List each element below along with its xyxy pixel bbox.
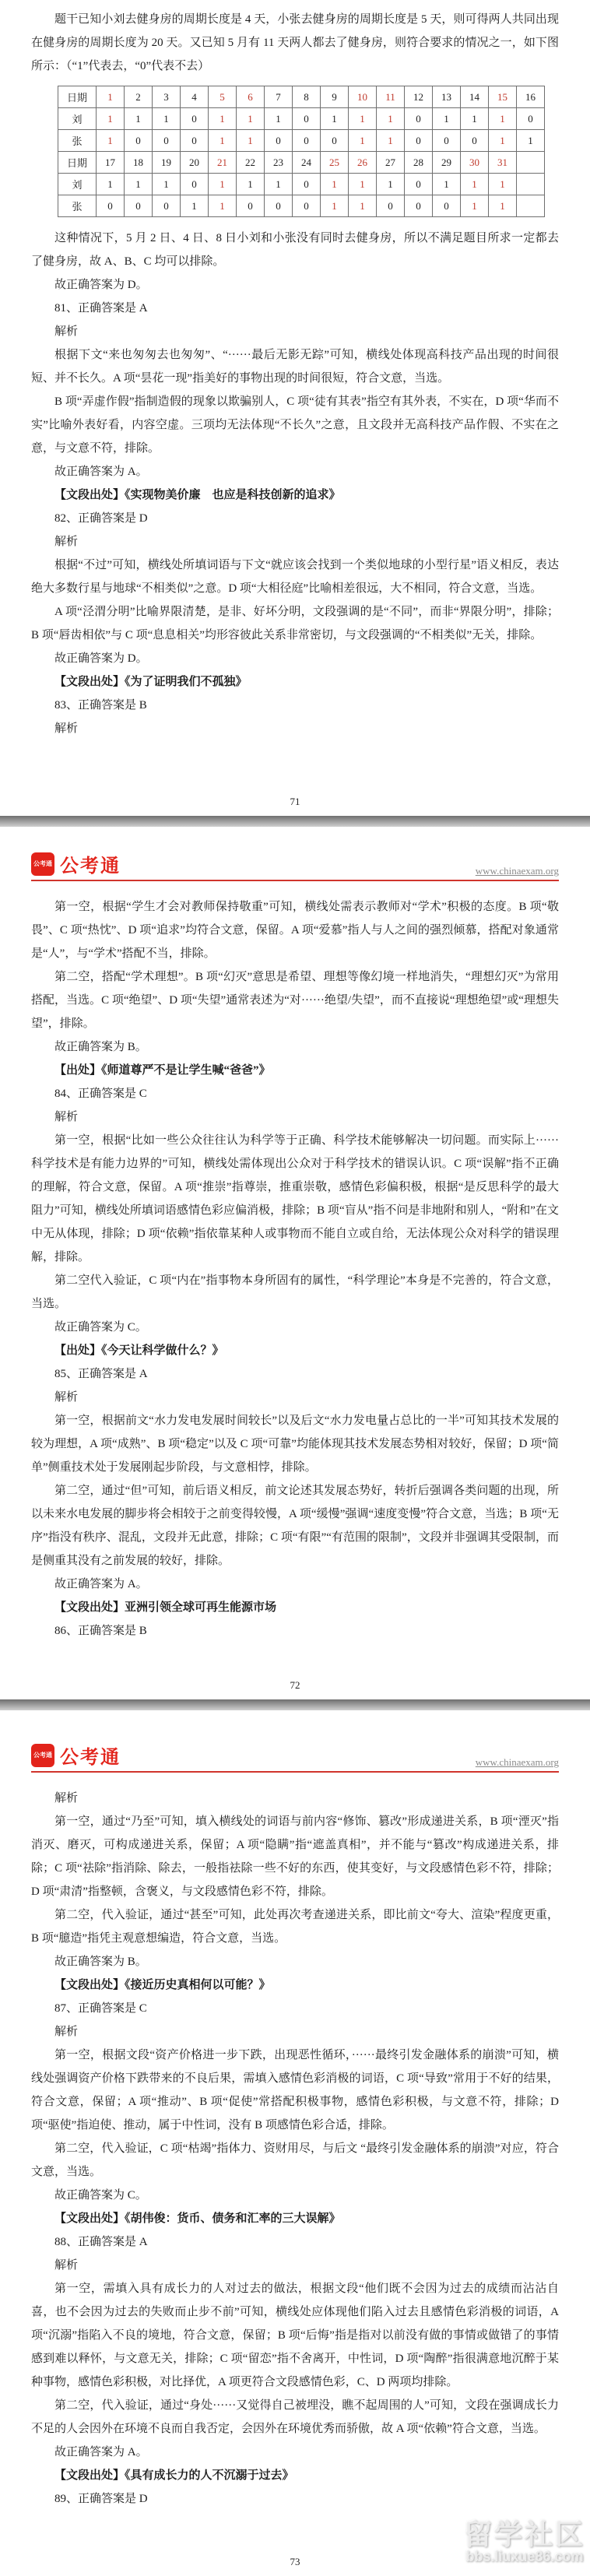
table-cell: 0 [405,108,433,130]
table-cell: 1 [237,108,265,130]
table-row: 刘1110111011101110 [58,108,545,130]
paragraph: 【出处】《今天让科学做什么？》 [31,1339,559,1362]
table-cell: 10 [349,86,377,108]
table-cell: 16 [517,86,545,108]
table-cell: 0 [181,174,209,195]
table-row: 日期171819202122232425262728293031 [58,152,545,174]
brand-title: 公考通 [60,1741,121,1769]
document-page-73: 公考通 公考通 www.chinaexam.org 解析第一空，通过“乃至”可知… [0,1710,590,2576]
table-cell: 0 [97,195,125,217]
header-rule [31,1771,559,1773]
paragraph: 【文段出处】亚洲引领全球可再生能源市场 [31,1596,559,1619]
table-cell: 0 [153,195,181,217]
document-page-71: 题干已知小刘去健身房的周期长度是 4 天，小张去健身房的周期长度是 5 天，则可… [0,0,590,816]
paragraph: 故正确答案为 C。 [31,2184,559,2207]
table-cell: 8 [293,86,321,108]
paragraph: 第一空，通过“乃至”可知，填入横线处的词语与前内容“修饰、篡改”形成递进关系，B… [31,1810,559,1903]
table-cell: 1 [97,108,125,130]
table-cell: 4 [181,86,209,108]
paragraph: 故正确答案为 A。 [31,460,559,483]
paragraph: 根据下文“来也匆匆去也匆匆”、“······最后无影无踪”可知，横线处体现高科技… [31,343,559,390]
header-rule [31,880,559,881]
table-cell: 25 [321,152,349,174]
table-cell: 1 [321,108,349,130]
table-cell: 26 [349,152,377,174]
row-label: 刘 [58,108,97,130]
paragraph: 第一空，根据“学生才会对教师保持敬重”可知，横线处需表示教师对“学术”积极的态度… [31,895,559,965]
table-cell: 3 [153,86,181,108]
table-cell: 0 [293,130,321,152]
table-cell: 5 [209,86,237,108]
brand-title: 公考通 [60,850,121,877]
header-url-link[interactable]: www.chinaexam.org [476,865,559,877]
paragraph: 故正确答案为 B。 [31,1950,559,1973]
header-url-link[interactable]: www.chinaexam.org [476,1756,559,1769]
table-cell: 0 [405,130,433,152]
table-cell: 1 [265,174,293,195]
table-cell: 0 [405,195,433,217]
paragraph: 故正确答案为 D。 [31,273,559,297]
table-cell: 27 [377,152,405,174]
paragraph: 解析 [31,1105,559,1129]
table-cell: 2 [125,86,153,108]
table-cell: 23 [265,152,293,174]
table-cell: 1 [489,195,517,217]
paragraph: 【出处】《师道尊严不是让学生喊“爸爸”》 [31,1059,559,1082]
paragraph: 故正确答案为 A。 [31,2441,559,2464]
table-cell: 0 [265,195,293,217]
paragraph: A 项“泾渭分明”比喻界限清楚，是非、好坏分明，文段强调的是“不同”，而非“界限… [31,600,559,647]
table-cell: 0 [405,174,433,195]
table-cell: 0 [125,195,153,217]
table-cell: 1 [125,108,153,130]
table-cell: 1 [461,108,489,130]
paragraph: 81、正确答案是 A [31,297,559,320]
table-cell: 28 [405,152,433,174]
table-cell [517,195,545,217]
table-cell: 6 [237,86,265,108]
paragraph: 故正确答案为 C。 [31,1316,559,1339]
table-cell: 1 [377,174,405,195]
page-73-paragraphs: 解析第一空，通过“乃至”可知，填入横线处的词语与前内容“修饰、篡改”形成递进关系… [31,1787,559,2511]
table-cell: 0 [377,195,405,217]
table-cell: 1 [265,108,293,130]
paragraph: 第二空，代入验证，C 项“枯竭”指体力、资财用尽，与后文 “最终引发金融体系的崩… [31,2137,559,2184]
document-page-72: 公考通 公考通 www.chinaexam.org 第一空，根据“学生才会对教师… [0,827,590,1699]
row-label: 张 [58,130,97,152]
paragraph: 第二空，代入验证，通过“甚至”可知，此处再次考查递进关系，即比前文“夸大、渲染”… [31,1903,559,1950]
table-cell [517,174,545,195]
table-cell: 0 [293,174,321,195]
table-cell: 1 [237,130,265,152]
table-cell: 0 [181,130,209,152]
table-row: 日期12345678910111213141516 [58,86,545,108]
table-cell: 0 [517,108,545,130]
paragraph: 83、正确答案是 B [31,694,559,717]
paragraph: 【文段出处】《接近历史真相何以可能？》 [31,1973,559,1997]
schedule-table-body: 日期12345678910111213141516刘11101110111011… [58,86,545,217]
table-cell: 22 [237,152,265,174]
table-cell: 15 [489,86,517,108]
paragraph: 87、正确答案是 C [31,1997,559,2020]
logo-text: 公考通 [33,1751,52,1759]
table-cell: 1 [209,195,237,217]
paragraph: 89、正确答案是 D [31,2487,559,2511]
paragraph: 84、正确答案是 C [31,1082,559,1105]
table-cell: 0 [293,108,321,130]
paragraph: 解析 [31,717,559,740]
paragraph: 85、正确答案是 A [31,1362,559,1386]
table-cell: 0 [153,130,181,152]
table-cell: 11 [377,86,405,108]
paragraph: 解析 [31,2254,559,2277]
table-cell: 29 [433,152,461,174]
paragraph: 【文段出处】《胡伟俊：货币、债务和汇率的三大误解》 [31,2207,559,2230]
row-label: 刘 [58,174,97,195]
table-cell: 1 [349,130,377,152]
table-cell: 1 [97,174,125,195]
table-cell: 20 [181,152,209,174]
table-cell: 0 [321,130,349,152]
table-cell: 1 [125,174,153,195]
paragraph: 故正确答案为 B。 [31,1035,559,1059]
table-cell: 1 [461,195,489,217]
table-cell: 1 [321,174,349,195]
row-label: 日期 [58,86,97,108]
paragraph: 第二空，搭配“学术理想”。B 项“幻灭”意思是希望、理想等像幻境一样地消失，“理… [31,965,559,1035]
header-row: 公考通 公考通 www.chinaexam.org [31,1741,559,1769]
paragraph: 第一空，根据文段“资产价格进一步下跌，出现恶性循环，······最终引发金融体系… [31,2044,559,2137]
gongkaotong-logo-icon: 公考通 [31,1744,54,1767]
paragraph: 第二空，代入验证，通过“身处······又觉得自己被埋没，瞧不起周围的人”可知，… [31,2394,559,2441]
table-cell: 31 [489,152,517,174]
paragraph: 解析 [31,1787,559,1810]
logo-text: 公考通 [33,859,52,868]
table-cell: 1 [153,108,181,130]
gongkaotong-logo-icon: 公考通 [31,852,54,876]
paragraph: 故正确答案为 A。 [31,1573,559,1596]
table-cell: 1 [489,130,517,152]
page-number: 71 [0,796,590,808]
table-cell: 7 [265,86,293,108]
page-71-paragraphs: 这种情况下，5 月 2 日、4 日、8 日小刘和小张没有同时去健身房，所以不满足… [31,227,559,740]
table-cell: 12 [405,86,433,108]
table-row: 刘111011101110111 [58,174,545,195]
page-header: 公考通 公考通 www.chinaexam.org [31,1741,559,1773]
table-cell: 17 [97,152,125,174]
row-label: 日期 [58,152,97,174]
schedule-table: 日期12345678910111213141516刘11101110111011… [58,86,545,217]
paragraph: 【文段出处】《为了证明我们不孤独》 [31,670,559,694]
table-cell: 13 [433,86,461,108]
paragraph: 解析 [31,530,559,554]
page-72-paragraphs: 第一空，根据“学生才会对教师保持敬重”可知，横线处需表示教师对“学术”积极的态度… [31,895,559,1643]
page-header: 公考通 公考通 www.chinaexam.org [31,850,559,881]
table-cell: 1 [433,108,461,130]
table-row: 张1000110001100011 [58,130,545,152]
paragraph: 故正确答案为 D。 [31,647,559,670]
table-cell: 30 [461,152,489,174]
question-analysis-intro: 题干已知小刘去健身房的周期长度是 4 天，小张去健身房的周期长度是 5 天，则可… [31,8,559,78]
table-cell [517,152,545,174]
table-cell: 1 [321,195,349,217]
table-cell: 1 [377,130,405,152]
paragraph: 第一空，根据前文“水力发电发展时间较长”以及后文“水力发电量占总比的一半”可知其… [31,1409,559,1479]
paragraph: 86、正确答案是 B [31,1619,559,1643]
table-cell: 0 [433,195,461,217]
table-cell: 0 [125,130,153,152]
table-cell: 24 [293,152,321,174]
header-row: 公考通 公考通 www.chinaexam.org [31,850,559,877]
table-row: 张000110001100011 [58,195,545,217]
paragraph: 第一空，根据“比如一些公众往往认为科学等于正确、科学技术能够解决一切问题。而实际… [31,1129,559,1269]
table-cell: 1 [209,174,237,195]
table-cell: 1 [349,108,377,130]
table-cell: 1 [97,86,125,108]
page-break-divider [0,816,590,827]
table-cell: 0 [237,195,265,217]
paragraph: 82、正确答案是 D [31,507,559,530]
table-cell: 1 [461,174,489,195]
table-cell: 1 [349,174,377,195]
paragraph: 【文段出处】《具有成长力的人不沉溺于过去》 [31,2464,559,2487]
table-cell: 1 [209,130,237,152]
table-cell: 18 [125,152,153,174]
table-cell: 1 [489,108,517,130]
page-break-divider [0,1699,590,1710]
table-cell: 0 [265,130,293,152]
paragraph: 这种情况下，5 月 2 日、4 日、8 日小刘和小张没有同时去健身房，所以不满足… [31,227,559,273]
table-cell: 9 [321,86,349,108]
table-cell: 0 [461,130,489,152]
row-label: 张 [58,195,97,217]
watermark-title: 留学社区 [464,2519,585,2550]
table-cell: 1 [349,195,377,217]
page-number: 72 [0,1679,590,1692]
paragraph: 88、正确答案是 A [31,2230,559,2254]
table-cell: 1 [237,174,265,195]
table-cell: 1 [489,174,517,195]
table-cell: 1 [153,174,181,195]
paragraph: 第一空，需填入具有成长力的人对过去的做法，根据文段“他们既不会因为过去的成绩而沾… [31,2277,559,2394]
paragraph: 解析 [31,1386,559,1409]
paragraph: 根据“不过”可知，横线处所填词语与下文“就应该会找到一个类似地球的小型行星”语义… [31,554,559,600]
table-cell: 21 [209,152,237,174]
table-cell: 0 [181,108,209,130]
paragraph: 解析 [31,320,559,343]
table-cell: 1 [209,108,237,130]
table-cell: 1 [517,130,545,152]
paragraph: 【文段出处】《实现物美价廉 也应是科技创新的追求》 [31,483,559,507]
paragraph: 解析 [31,2020,559,2044]
table-cell: 0 [433,130,461,152]
page-number: 73 [0,2556,590,2568]
paragraph: 第二空代入验证，C 项“内在”指事物本身所固有的属性，“科学理论”本身是不完善的… [31,1269,559,1316]
table-cell: 19 [153,152,181,174]
paragraph: B 项“弄虚作假”指制造假的现象以欺骗别人，C 项“徒有其表”指空有其外表，不实… [31,390,559,460]
table-cell: 1 [377,108,405,130]
table-cell: 14 [461,86,489,108]
table-cell: 1 [433,174,461,195]
table-cell: 0 [293,195,321,217]
paragraph: 第二空，通过“但”可知，前后语义相反，前文论述其发展态势好，转折后强调各类问题的… [31,1479,559,1573]
table-cell: 1 [181,195,209,217]
table-cell: 1 [97,130,125,152]
